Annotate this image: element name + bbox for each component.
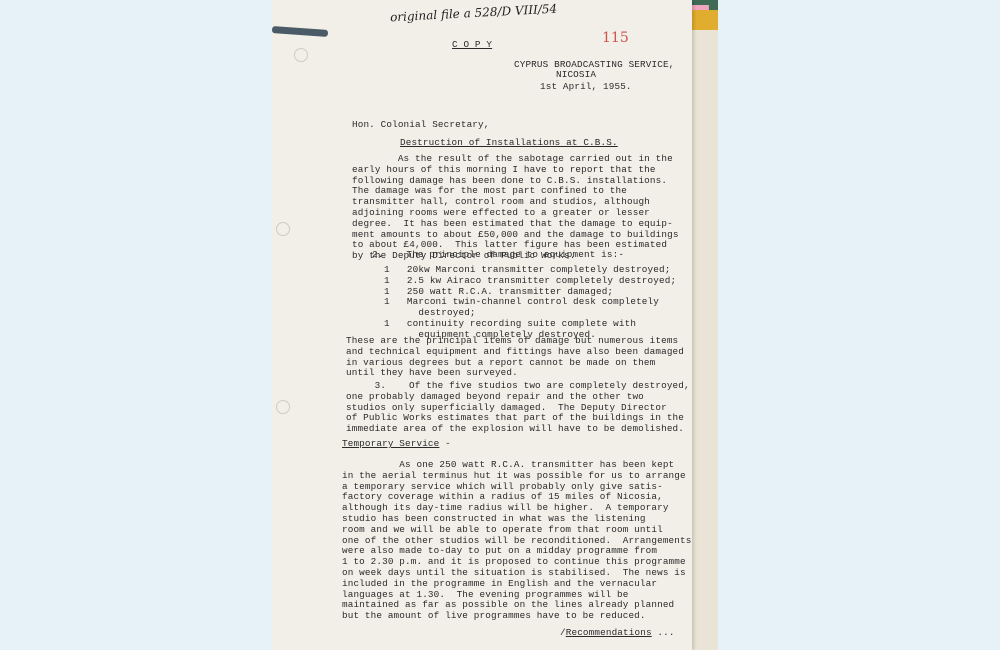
red-folio-number: 115 <box>602 30 629 46</box>
text-line: and technical equipment and fittings hav… <box>346 347 684 358</box>
document-photo: original file a 528/D VIII/54 115 C O P … <box>272 0 718 650</box>
text-line: until they have been surveyed. <box>346 368 518 379</box>
punch-hole <box>276 400 290 414</box>
continuation-marker: /Recommendations ... <box>560 628 675 639</box>
text-line: immediate area of the explosion will hav… <box>346 424 684 435</box>
text-line: degree. It has been estimated that the d… <box>352 219 673 230</box>
damage-item: 1 2.5 kw Airaco transmitter completely d… <box>384 276 676 287</box>
text-line: early hours of this morning I have to re… <box>352 165 656 176</box>
paragraph-2-intro: 2. The principle damage to equipment is:… <box>372 250 624 261</box>
punch-hole <box>294 48 308 62</box>
punch-hole <box>276 222 290 236</box>
text-line: room and we will be able to operate from… <box>342 525 663 536</box>
salutation: Hon. Colonial Secretary, <box>352 120 490 131</box>
heading-text: Temporary Service <box>342 438 439 449</box>
heading-dash: - <box>439 438 450 449</box>
text-line: one probably damaged beyond repair and t… <box>346 392 644 403</box>
continuation-label: Recommendations <box>566 627 652 638</box>
treasury-tag <box>272 26 328 37</box>
continuation-dots: ... <box>652 627 675 638</box>
copy-label: C O P Y <box>452 40 492 51</box>
text-line: in the aerial terminus hut it was possib… <box>342 471 686 482</box>
text-line: included in the programme in English and… <box>342 579 657 590</box>
handwritten-reference: original file a 528/D VIII/54 <box>390 2 558 25</box>
letter-date: 1st April, 1955. <box>540 82 632 93</box>
typed-letter-page: original file a 528/D VIII/54 115 C O P … <box>272 0 692 650</box>
org-city: NICOSIA <box>556 70 596 81</box>
temporary-service-heading: Temporary Service - <box>342 439 451 450</box>
text-line: but the amount of live programmes have t… <box>342 611 646 622</box>
subject-line: Destruction of Installations at C.B.S. <box>400 138 618 149</box>
